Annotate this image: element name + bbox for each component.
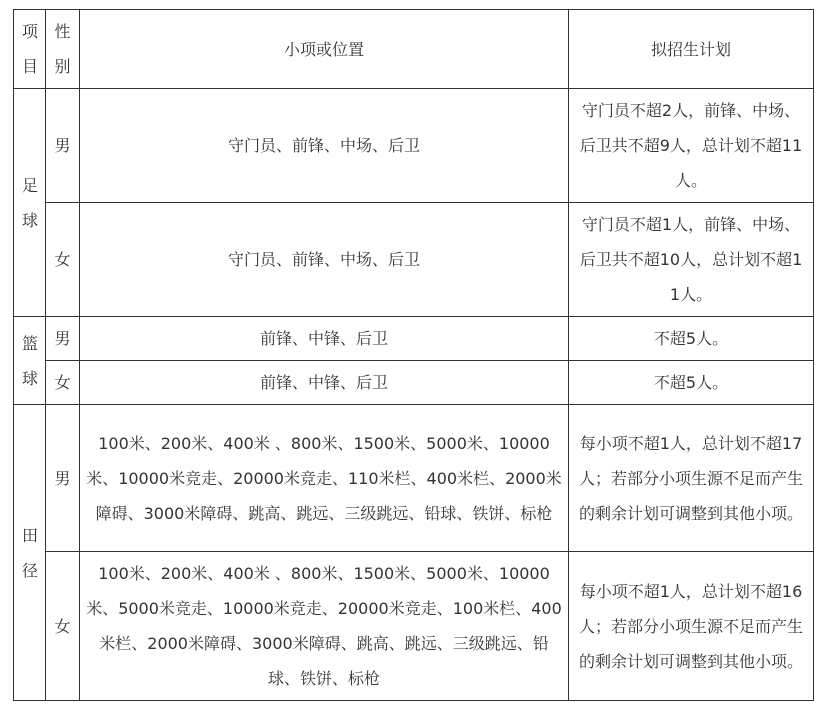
project-cell: 篮球 xyxy=(14,317,46,405)
project-cell: 田径 xyxy=(14,405,46,701)
gender-cell: 男 xyxy=(46,89,80,203)
header-project: 项目 xyxy=(14,10,46,89)
table-row: 田径 男 100米、200米、400米 、800米、1500米、5000米、10… xyxy=(14,405,814,552)
plan-cell: 守门员不超1人，前锋、中场、后卫共不超10人，总计划不超11人。 xyxy=(569,203,814,317)
events-cell: 100米、200米、400米 、800米、1500米、5000米、10000米、… xyxy=(80,552,569,701)
gender-cell: 男 xyxy=(46,317,80,361)
gender-cell: 女 xyxy=(46,552,80,701)
table-row: 足球 男 守门员、前锋、中场、后卫 守门员不超2人，前锋、中场、后卫共不超9人，… xyxy=(14,89,814,203)
events-cell: 前锋、中锋、后卫 xyxy=(80,317,569,361)
events-cell: 守门员、前锋、中场、后卫 xyxy=(80,203,569,317)
header-plan: 拟招生计划 xyxy=(569,10,814,89)
header-row: 项目 性别 小项或位置 拟招生计划 xyxy=(14,10,814,89)
table-row: 女 前锋、中锋、后卫 不超5人。 xyxy=(14,361,814,405)
events-cell: 前锋、中锋、后卫 xyxy=(80,361,569,405)
gender-cell: 男 xyxy=(46,405,80,552)
enrollment-plan-table: 项目 性别 小项或位置 拟招生计划 足球 男 守门员、前锋、中场、后卫 守门员不… xyxy=(13,9,814,701)
plan-cell: 守门员不超2人，前锋、中场、后卫共不超9人，总计划不超11人。 xyxy=(569,89,814,203)
plan-cell: 不超5人。 xyxy=(569,361,814,405)
header-events: 小项或位置 xyxy=(80,10,569,89)
plan-cell: 每小项不超1人，总计划不超16人；若部分小项生源不足而产生的剩余计划可调整到其他… xyxy=(569,552,814,701)
project-cell: 足球 xyxy=(14,89,46,317)
events-cell: 100米、200米、400米 、800米、1500米、5000米、10000米、… xyxy=(80,405,569,552)
events-cell: 守门员、前锋、中场、后卫 xyxy=(80,89,569,203)
plan-cell: 每小项不超1人，总计划不超17人；若部分小项生源不足而产生的剩余计划可调整到其他… xyxy=(569,405,814,552)
table-row: 女 守门员、前锋、中场、后卫 守门员不超1人，前锋、中场、后卫共不超10人，总计… xyxy=(14,203,814,317)
header-gender: 性别 xyxy=(46,10,80,89)
gender-cell: 女 xyxy=(46,203,80,317)
table-row: 篮球 男 前锋、中锋、后卫 不超5人。 xyxy=(14,317,814,361)
plan-cell: 不超5人。 xyxy=(569,317,814,361)
table-row: 女 100米、200米、400米 、800米、1500米、5000米、10000… xyxy=(14,552,814,701)
gender-cell: 女 xyxy=(46,361,80,405)
